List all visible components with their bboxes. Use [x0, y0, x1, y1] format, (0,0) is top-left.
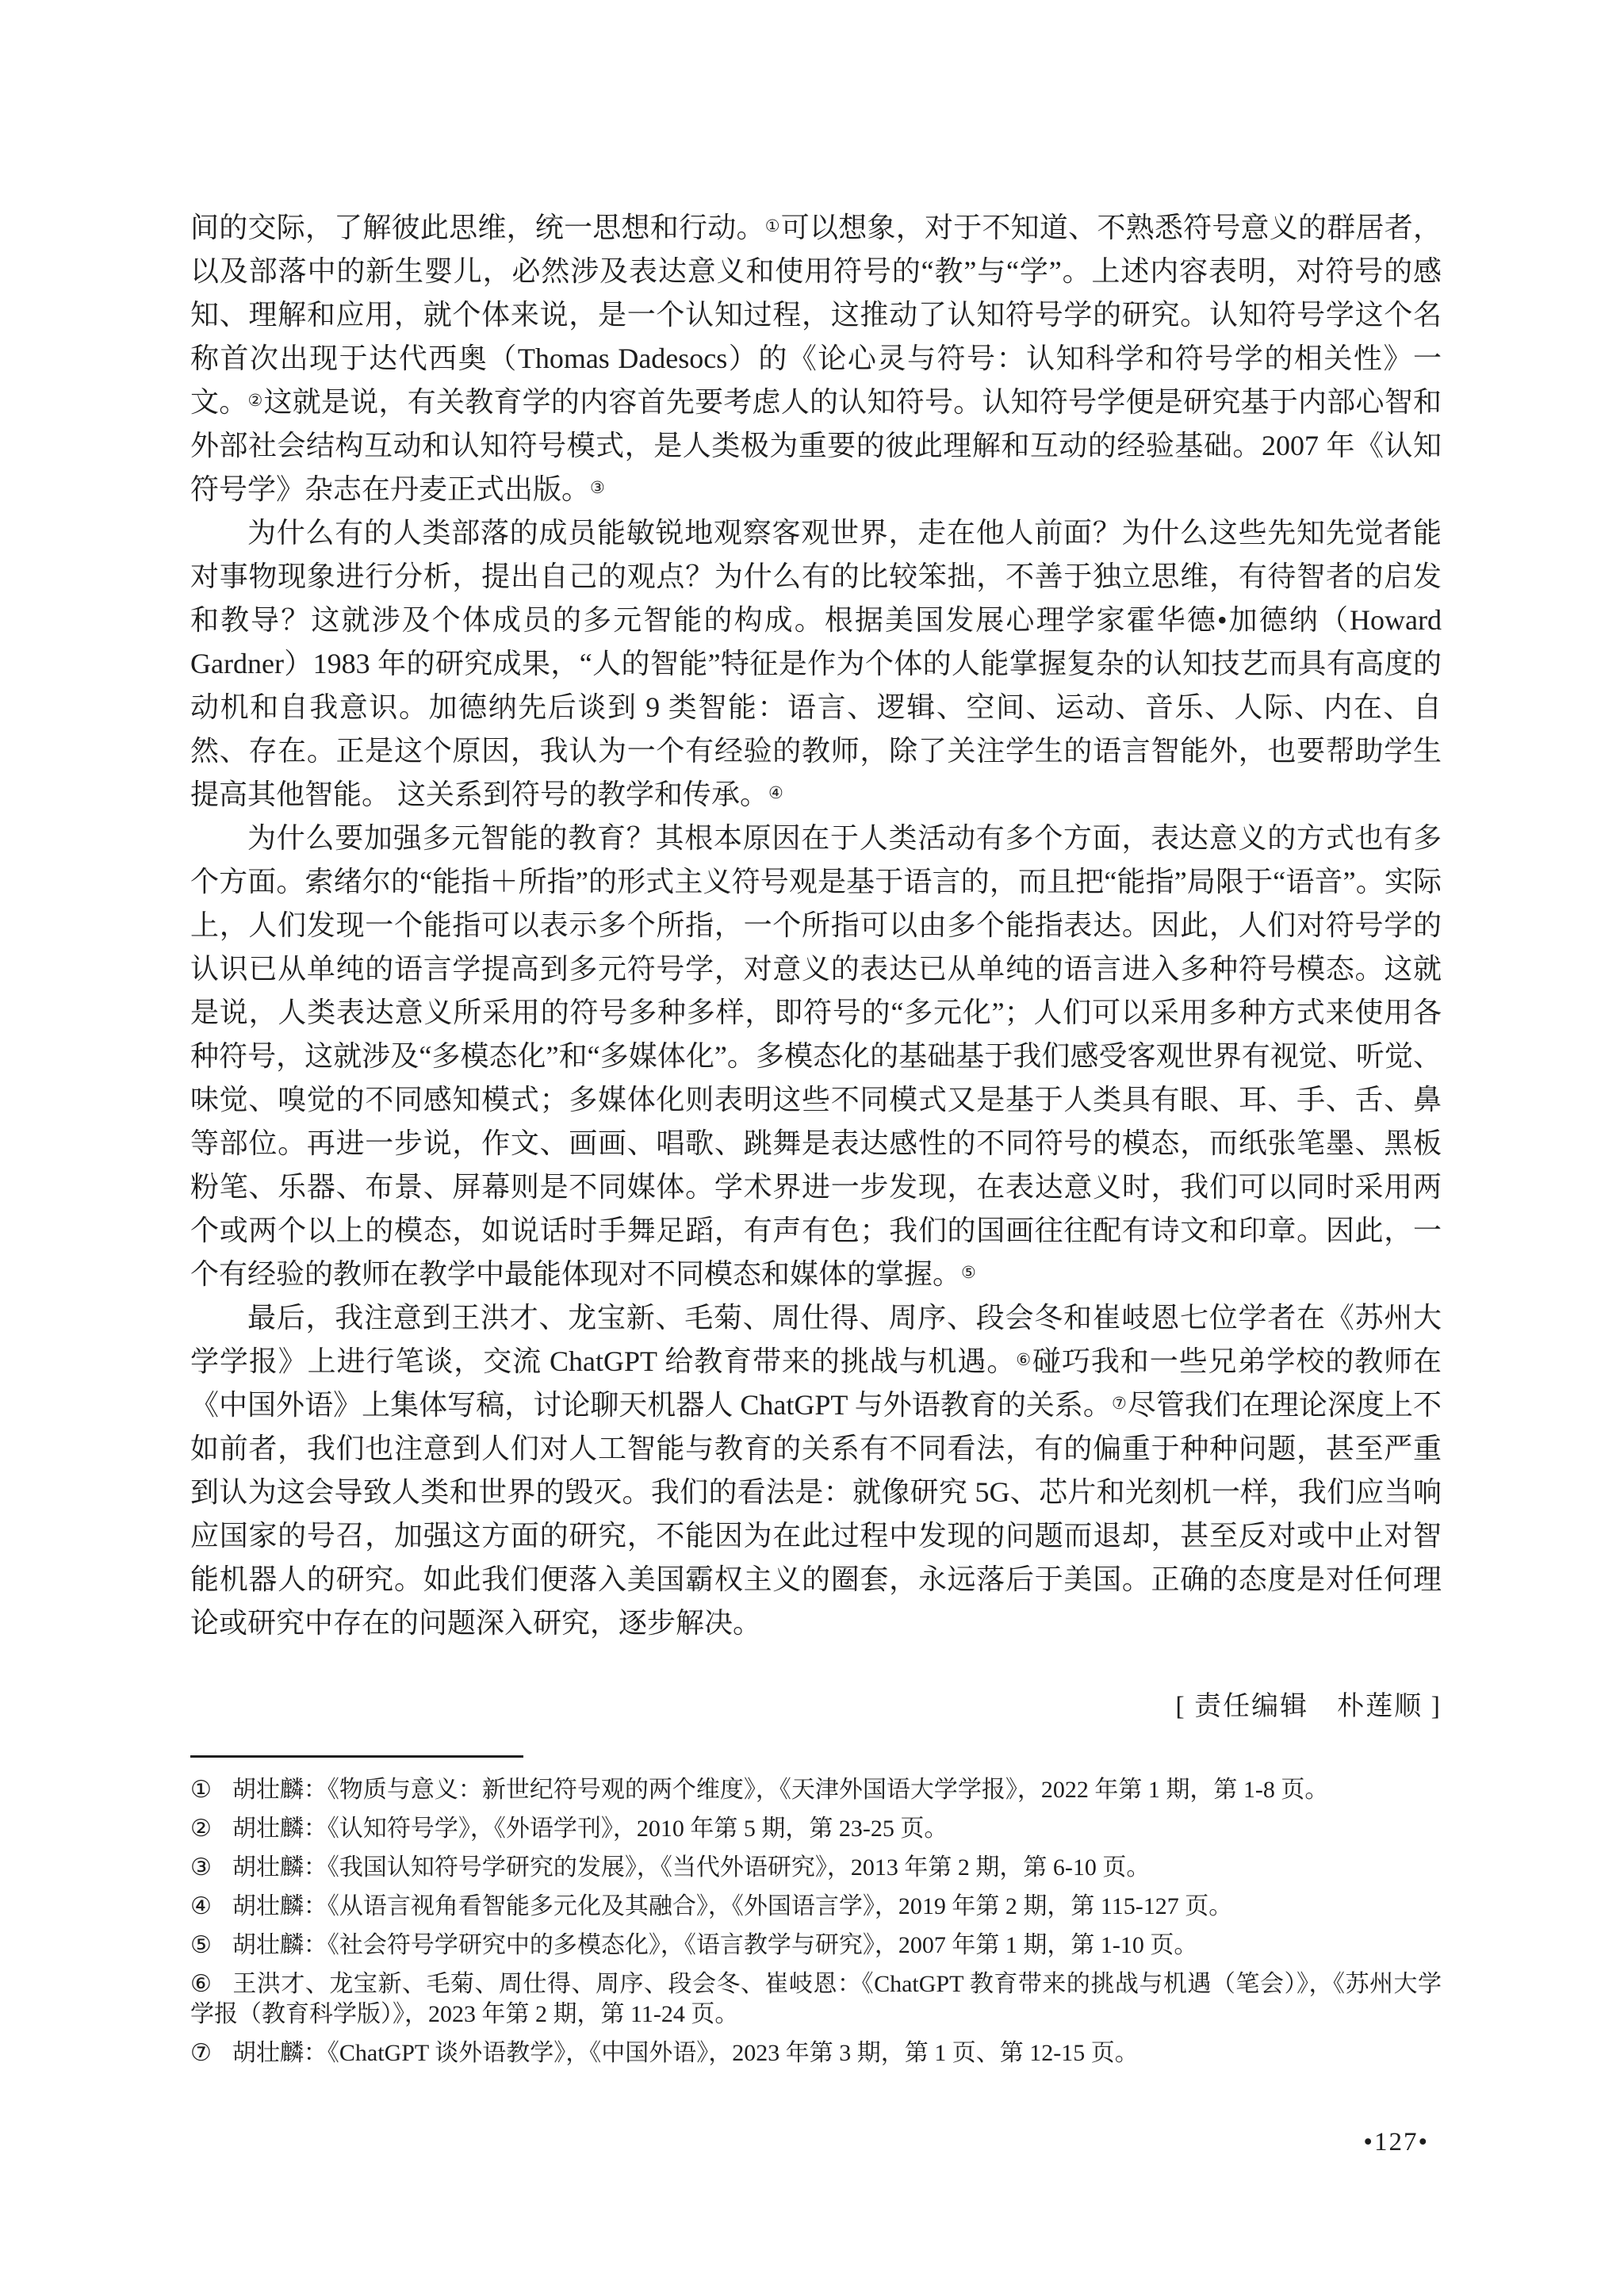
paragraph: 为什么要加强多元智能的教育？其根本原因在于人类活动有多个方面，表达意义的方式也有…	[190, 817, 1442, 1296]
footnote-marker: ③	[190, 1854, 232, 1881]
footnote-marker: ①	[190, 1777, 232, 1803]
footnote-ref: ⑤	[961, 1263, 977, 1282]
footnote-item: ⑤胡壮麟：《社会符号学研究中的多模态化》，《语言教学与研究》，2007 年第 1…	[190, 1931, 1442, 1961]
footnote-text: 胡壮麟：《我国认知符号学研究的发展》，《当代外语研究》，2013 年第 2 期，…	[232, 1854, 1151, 1881]
footnote-item: ⑦胡壮麟：《ChatGPT 谈外语教学》，《中国外语》，2023 年第 3 期，…	[190, 2038, 1442, 2068]
footnote-text: 胡壮麟：《ChatGPT 谈外语教学》，《中国外语》，2023 年第 3 期，第…	[232, 2040, 1139, 2066]
footnote-text: 胡壮麟：《从语言视角看智能多元化及其融合》，《外国语言学》，2019 年第 2 …	[232, 1893, 1232, 1919]
paragraph: 最后，我注意到王洪才、龙宝新、毛菊、周仕得、周序、段会冬和崔岐恩七位学者在《苏州…	[190, 1296, 1442, 1645]
footnote-ref: ③	[590, 478, 606, 497]
footnote-item: ④胡壮麟：《从语言视角看智能多元化及其融合》，《外国语言学》，2019 年第 2…	[190, 1892, 1442, 1922]
document-page: { "article": { "paragraphs": [ { "indent…	[0, 0, 1624, 2296]
paragraph: 为什么有的人类部落的成员能敏锐地观察客观世界，走在他人前面？为什么这些先知先觉者…	[190, 511, 1442, 817]
footnote-text: 胡壮麟：《认知符号学》，《外语学刊》，2010 年第 5 期，第 23-25 页…	[232, 1816, 948, 1842]
footnote-text: 胡壮麟：《社会符号学研究中的多模态化》，《语言教学与研究》，2007 年第 1 …	[232, 1932, 1198, 1958]
article-body: 间的交际，了解彼此思维，统一思想和行动。①可以想象，对于不知道、不熟悉符号意义的…	[190, 206, 1442, 1645]
footnote-item: ⑥王洪才、龙宝新、毛菊、周仕得、周序、段会冬、崔岐恩：《ChatGPT 教育带来…	[190, 1969, 1442, 2030]
page-content: 间的交际，了解彼此思维，统一思想和行动。①可以想象，对于不知道、不熟悉符号意义的…	[190, 206, 1442, 2077]
footnote-marker: ⑦	[190, 2040, 232, 2066]
footnote-item: ③胡壮麟：《我国认知符号学研究的发展》，《当代外语研究》，2013 年第 2 期…	[190, 1853, 1442, 1883]
footnote-marker: ④	[190, 1893, 232, 1919]
footnote-ref: ⑥	[1016, 1350, 1032, 1369]
footnote-ref: ①	[765, 216, 781, 235]
editor-credit: [ 责任编辑 朴莲顺 ]	[190, 1685, 1442, 1728]
footnote-ref: ⑦	[1112, 1394, 1128, 1413]
footnote-marker: ②	[190, 1816, 232, 1842]
footnote-marker: ⑤	[190, 1932, 232, 1958]
footnote-ref: ④	[768, 783, 784, 802]
footnote-marker: ⑥	[190, 1971, 232, 1997]
footnote-ref: ②	[247, 391, 263, 410]
footnote-item: ②胡壮麟：《认知符号学》，《外语学刊》，2010 年第 5 期，第 23-25 …	[190, 1814, 1442, 1844]
page-number: •127•	[1363, 2126, 1429, 2158]
footnotes-section: ①胡壮麟：《物质与意义：新世纪符号观的两个维度》，《天津外国语大学学报》，202…	[190, 1775, 1442, 2068]
footnote-text: 王洪才、龙宝新、毛菊、周仕得、周序、段会冬、崔岐恩：《ChatGPT 教育带来的…	[190, 1971, 1442, 2027]
footnote-item: ①胡壮麟：《物质与意义：新世纪符号观的两个维度》，《天津外国语大学学报》，202…	[190, 1775, 1442, 1805]
paragraph: 间的交际，了解彼此思维，统一思想和行动。①可以想象，对于不知道、不熟悉符号意义的…	[190, 206, 1442, 511]
footnote-text: 胡壮麟：《物质与意义：新世纪符号观的两个维度》，《天津外国语大学学报》，2022…	[232, 1777, 1329, 1803]
footnote-divider	[190, 1755, 523, 1758]
